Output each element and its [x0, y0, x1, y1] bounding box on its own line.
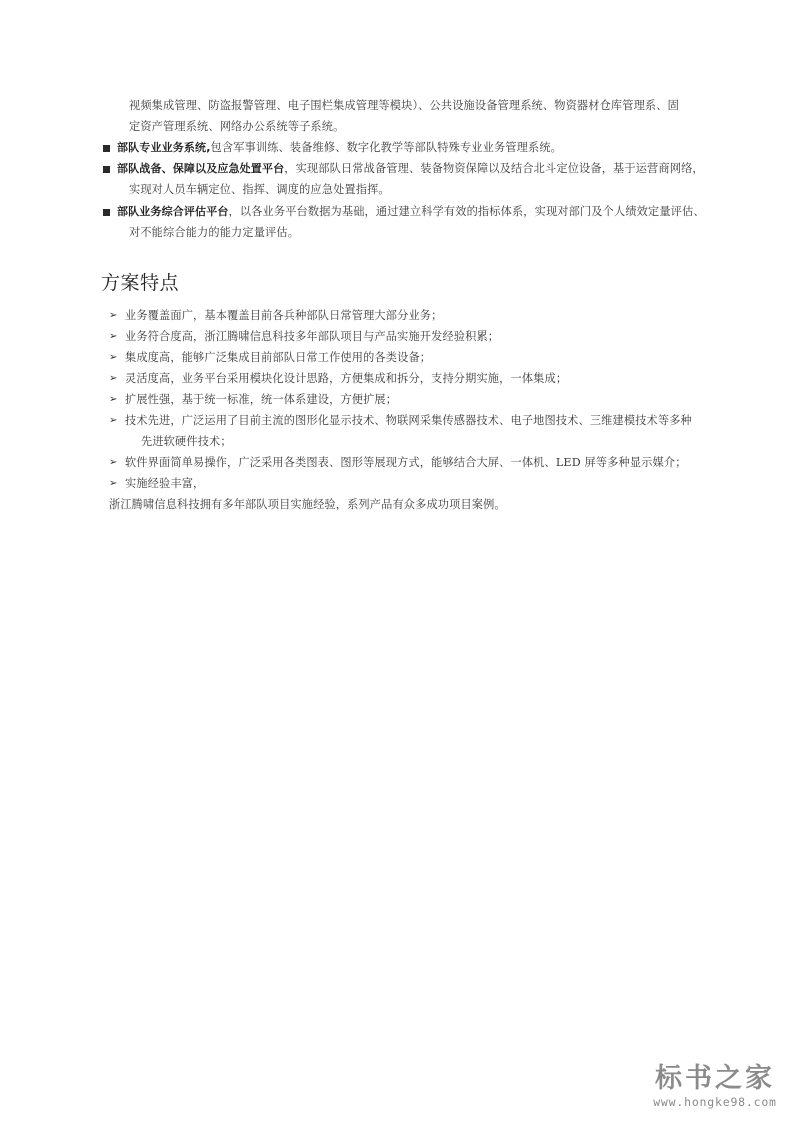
square-bullet-item-2-text: ，实现部队日常战备管理、装备物资保障以及结合北斗定位设备，基于运营商网络， [284, 162, 704, 175]
square-bullet-item-3: 部队业务综合评估平台，以各业务平台数据为基础，通过建立科学有效的指标体系，实现对… [117, 205, 705, 219]
feature-item-2: 业务符合度高，浙江腾啸信息科技多年部队项目与产品实施开发经验积累； [125, 330, 499, 344]
arrowhead-bullet-icon: ➢ [109, 414, 117, 428]
square-bullet-item-1-title: 部队专业业务系统, [117, 141, 211, 154]
intro-continuation-line-2: 定资产管理系统、网络办公系统等子系统。 [129, 120, 344, 134]
watermark: 标书之家 www.hongke98.com [640, 1064, 790, 1109]
arrowhead-bullet-icon: ➢ [109, 393, 117, 407]
square-bullet-icon [103, 166, 110, 173]
feature-item-7: 软件界面简单易操作，广泛采用各类图表、图形等展现方式，能够结合大屏、一体机、LE… [125, 456, 687, 470]
square-bullet-item-3-title: 部队业务综合评估平台 [117, 205, 229, 218]
feature-item-8: 实施经验丰富， [125, 477, 204, 491]
square-bullet-item-2: 部队战备、保障以及应急处置平台，实现部队日常战备管理、装备物资保障以及结合北斗定… [117, 162, 704, 176]
square-bullet-item-1: 部队专业业务系统,包含军事训练、装备维修、数字化教学等部队特殊专业业务管理系统。 [117, 141, 562, 155]
feature-item-6-continuation: 先进软硬件技术； [141, 435, 232, 449]
square-bullet-icon [103, 209, 110, 216]
square-bullet-item-2-continuation: 实现对人员车辆定位、指挥、调度的应急处置指挥。 [129, 183, 390, 197]
feature-item-6: 技术先进，广泛运用了目前主流的图形化显示技术、物联网采集传感器技术、电子地图技术… [125, 414, 692, 428]
arrowhead-bullet-icon: ➢ [109, 330, 117, 344]
square-bullet-item-1-text: 包含军事训练、装备维修、数字化教学等部队特殊专业业务管理系统。 [211, 141, 562, 154]
section-heading: 方案特点 [101, 271, 179, 295]
document-page: 视频集成管理、防盗报警管理、电子围栏集成管理等模块）、公共设施设备管理系统、物资… [0, 0, 793, 1122]
square-bullet-icon [103, 145, 110, 152]
square-bullet-item-3-continuation: 对不能综合能力的能力定量评估。 [129, 226, 299, 240]
arrowhead-bullet-icon: ➢ [109, 372, 117, 386]
intro-continuation-line-1: 视频集成管理、防盗报警管理、电子围栏集成管理等模块）、公共设施设备管理系统、物资… [129, 99, 679, 113]
square-bullet-item-3-text: ，以各业务平台数据为基础，通过建立科学有效的指标体系，实现对部门及个人绩效定量评… [229, 205, 705, 218]
closing-paragraph: 浙江腾啸信息科技拥有多年部队项目实施经验，系列产品有众多成功项目案例。 [109, 498, 506, 512]
feature-item-5: 扩展性强，基于统一标准，统一体系建设，方便扩展； [125, 393, 397, 407]
arrowhead-bullet-icon: ➢ [109, 309, 117, 323]
feature-item-4: 灵活度高，业务平台采用模块化设计思路，方便集成和拆分，支持分期实施，一体集成； [125, 372, 567, 386]
arrowhead-bullet-icon: ➢ [109, 477, 117, 491]
watermark-url: www.hongke98.com [640, 1095, 790, 1109]
watermark-logo-text: 标书之家 [640, 1064, 790, 1094]
feature-item-3: 集成度高，能够广泛集成目前部队日常工作使用的各类设备； [125, 351, 431, 365]
feature-item-1: 业务覆盖面广，基本覆盖目前各兵种部队日常管理大部分业务； [125, 309, 442, 323]
arrowhead-bullet-icon: ➢ [109, 351, 117, 365]
arrowhead-bullet-icon: ➢ [109, 456, 117, 470]
square-bullet-item-2-title: 部队战备、保障以及应急处置平台 [117, 162, 284, 175]
